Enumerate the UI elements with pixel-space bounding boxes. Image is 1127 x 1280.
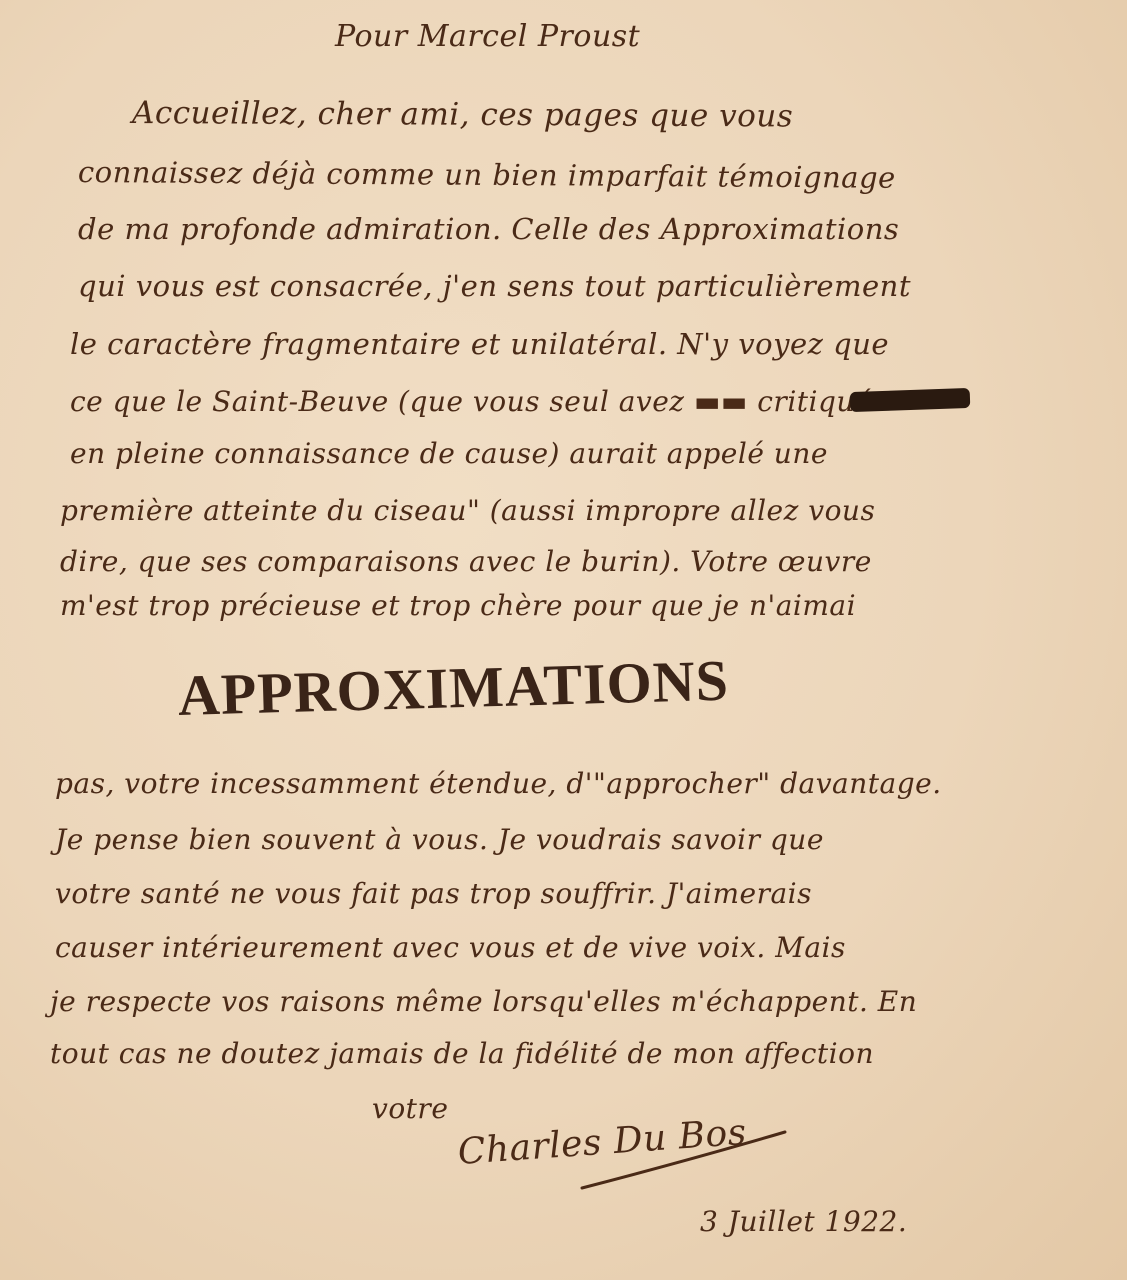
letter-line-8: première atteinte du ciseau" (aussi impr…	[60, 497, 875, 525]
letter-line-14: causer intérieurement avec vous et de vi…	[55, 934, 846, 962]
letter-line-2: connaissez déjà comme un bien imparfait …	[78, 158, 896, 193]
book-page: Pour Marcel Proust Accueillez, cher ami,…	[0, 0, 1127, 1280]
letter-line-12: Je pense bien souvent à vous. Je voudrai…	[55, 826, 824, 854]
letter-line-1: Accueillez, cher ami, ces pages que vous	[132, 98, 793, 132]
letter-line-7: en pleine connaissance de cause) aurait …	[70, 440, 828, 468]
letter-line-6: ce que le Saint-Beuve (que vous seul ave…	[70, 388, 872, 416]
letter-line-9: dire, que ses comparaisons avec le burin…	[60, 548, 872, 576]
letter-line-3: de ma profonde admiration. Celle des App…	[78, 215, 899, 244]
letter-line-10: m'est trop précieuse et trop chère pour …	[60, 592, 856, 620]
letter-line-5: le caractère fragmentaire et unilatéral.…	[70, 330, 889, 359]
letter-line-13: votre santé ne vous fait pas trop souffr…	[55, 880, 812, 908]
ink-blot-redaction	[850, 388, 971, 412]
letter-line-4: qui vous est consacrée, j'en sens tout p…	[78, 272, 911, 301]
letter-line-16: tout cas ne doutez jamais de la fidélité…	[50, 1040, 874, 1068]
date: 3 Juillet 1922.	[700, 1208, 907, 1236]
letter-line-15: je respecte vos raisons même lorsqu'elle…	[50, 988, 917, 1016]
letter-line-11: pas, votre incessamment étendue, d'"appr…	[55, 770, 942, 798]
printed-title: APPROXIMATIONS	[177, 647, 730, 729]
salutation: Pour Marcel Proust	[335, 22, 640, 52]
closing: votre	[372, 1095, 448, 1123]
signature-underline	[580, 1130, 790, 1190]
